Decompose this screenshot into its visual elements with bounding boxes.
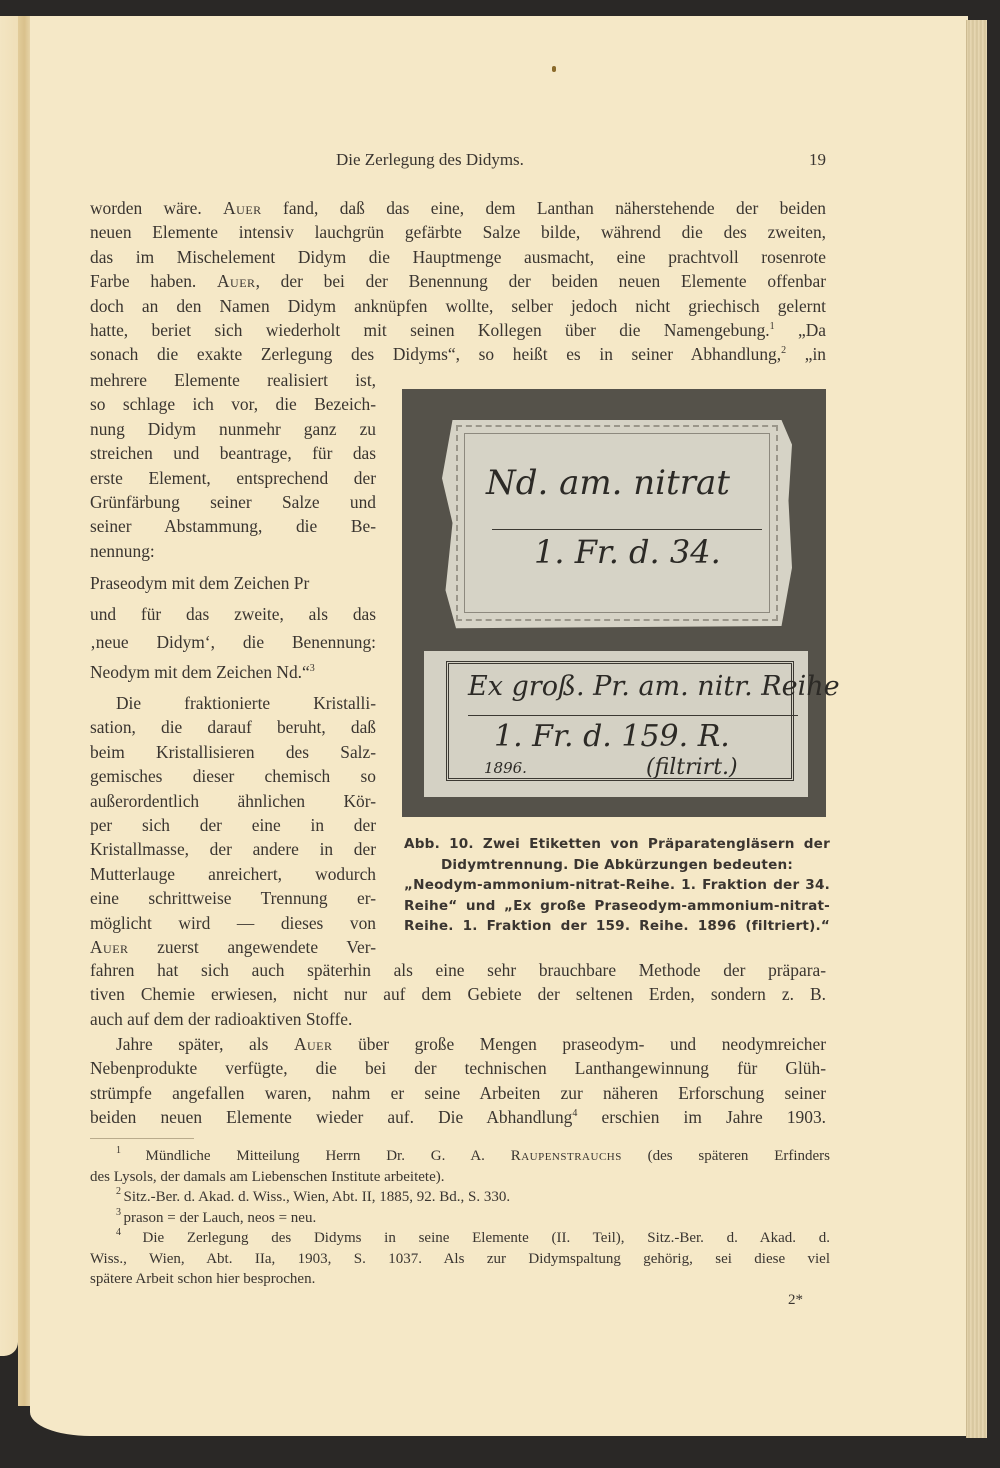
handwritten-text: Nd. am. nitrat xyxy=(486,463,730,503)
body-line: beiden neuen Elemente wieder auf. Die Ab… xyxy=(90,1105,826,1129)
body-line: außerordentlich ähnlichen Kör- xyxy=(90,789,376,813)
body-line: tiven Chemie erwiesen, nicht nur auf dem… xyxy=(90,982,826,1006)
body-line: erste Element, entsprechend der xyxy=(90,466,376,490)
body-line: Die fraktionierte Kristalli- xyxy=(90,691,376,715)
body-line: streichen und beantrage, für das xyxy=(90,441,376,465)
quote-line: ‚neue Didym‘, die Benennung: xyxy=(90,630,376,654)
caption-line: Reihe“ und „Ex große Praseodym-ammonium-… xyxy=(404,896,830,917)
body-line: eine schrittweise Trennung er- xyxy=(90,886,376,910)
body-line: Farbe haben. Auer, der bei der Benennung… xyxy=(90,269,826,293)
caption-line: Abb. 10. Zwei Etiketten von Präparatengl… xyxy=(404,834,830,855)
figure-caption: Abb. 10. Zwei Etiketten von Präparatengl… xyxy=(404,834,830,937)
body-line: strümpfe angefallen waren, nahm er seine… xyxy=(90,1081,826,1105)
body-line: Kristallmasse, der andere in der xyxy=(90,837,376,861)
body-line: auch auf dem der radioaktiven Stoffe. xyxy=(90,1007,826,1031)
page-stack-edge xyxy=(966,20,987,1438)
body-line: gemisches dieser chemisch so xyxy=(90,764,376,788)
specimen-label-praseodym: Ex groß. Pr. am. nitr. Reihe 1. Fr. d. 1… xyxy=(424,651,808,797)
body-line: Grünfärbung seiner Salze und xyxy=(90,490,376,514)
name-praseodym: Praseodym mit dem Zeichen Pr xyxy=(90,571,376,595)
page-number: 19 xyxy=(809,150,826,170)
body-line: seiner Abstammung, die Be- xyxy=(90,514,376,538)
body-line: sation, die darauf beruht, daß xyxy=(90,715,376,739)
footnote-line: des Lysols, der damals am Liebenschen In… xyxy=(90,1167,830,1188)
footnote-line: Wiss., Wien, Abt. IIa, 1903, S. 1037. Al… xyxy=(90,1249,830,1270)
body-paragraph-2: Jahre später, als Auer über große Mengen… xyxy=(90,1032,826,1130)
footnote-number: 2 xyxy=(116,1186,124,1197)
handwritten-text: 1. Fr. d. 159. R. xyxy=(494,719,730,754)
body-line: so schlage ich vor, die Bezeich- xyxy=(90,392,376,416)
body-line: Jahre später, als Auer über große Mengen… xyxy=(90,1032,826,1056)
running-head-title: Die Zerlegung des Didyms. xyxy=(336,150,524,170)
body-line: Auer zuerst angewendete Ver- xyxy=(90,935,376,959)
caption-line: „Neodym-ammonium-nitrat-Reihe. 1. Frakti… xyxy=(404,875,830,896)
footnote-line: 3 prason = der Lauch, neos = neu. xyxy=(90,1208,830,1229)
caption-line: Didymtrennung. Die Abkürzungen bedeuten: xyxy=(404,855,830,876)
ink-speck xyxy=(552,66,556,72)
figure-photo-labels: Nd. am. nitrat 1. Fr. d. 34. Ex groß. Pr… xyxy=(402,389,826,817)
handwritten-year: 1896. xyxy=(484,759,527,777)
quote-line: und für das zweite, als das xyxy=(90,602,376,626)
specimen-label-neodym: Nd. am. nitrat 1. Fr. d. 34. xyxy=(442,411,792,635)
body-line: hatte, beriet sich wiederholt mit seinen… xyxy=(90,318,826,342)
footnote-line: 1 Mündliche Mitteilung Herrn Dr. G. A. R… xyxy=(90,1146,830,1167)
body-line: das im Mischelement Didym die Hauptmenge… xyxy=(90,245,826,269)
handwritten-text: 1. Fr. d. 34. xyxy=(534,533,721,571)
body-line: fahren hat sich auch späterhin als eine … xyxy=(90,958,826,982)
body-line: nung Didym nunmehr ganz zu xyxy=(90,417,376,441)
body-line: per sich der eine in der xyxy=(90,813,376,837)
footnote-2: 2 Sitz.-Ber. d. Akad. d. Wiss., Wien, Ab… xyxy=(90,1187,830,1208)
footnote-3: 3 prason = der Lauch, neos = neu. xyxy=(90,1208,830,1229)
footnotes: 1 Mündliche Mitteilung Herrn Dr. G. A. R… xyxy=(90,1146,830,1290)
caption-line: Reihe. 1. Fraktion der 159. Reihe. 1896 … xyxy=(404,916,830,937)
body-line: nennung: xyxy=(90,539,376,563)
footnote-number: 4 xyxy=(116,1227,142,1238)
facing-page-edge xyxy=(0,16,18,1356)
body-text-bottom: fahren hat sich auch späterhin als eine … xyxy=(90,958,826,1031)
footnote-line: 2 Sitz.-Ber. d. Akad. d. Wiss., Wien, Ab… xyxy=(90,1187,830,1208)
body-line: worden wäre. Auer fand, daß das eine, de… xyxy=(90,196,826,220)
name-neodym: Neodym mit dem Zeichen Nd.“3 xyxy=(90,660,376,684)
footnote-1: 1 Mündliche Mitteilung Herrn Dr. G. A. R… xyxy=(90,1146,830,1187)
footnote-line: spätere Arbeit schon hier besprochen. xyxy=(90,1269,830,1290)
body-line: mehrere Elemente realisiert ist, xyxy=(90,368,376,392)
body-line: sonach die exakte Zerlegung des Didyms“,… xyxy=(90,342,826,366)
body-line: doch an den Namen Didym anknüpfen wollte… xyxy=(90,294,826,318)
handwritten-note: (filtrirt.) xyxy=(646,755,738,780)
body-line: neuen Elemente intensiv lauchgrün gefärb… xyxy=(90,220,826,244)
footnote-rule xyxy=(90,1138,194,1139)
body-text-narrow-column: mehrere Elemente realisiert ist,so schla… xyxy=(90,368,376,959)
handwritten-text: Ex groß. Pr. am. nitr. Reihe xyxy=(468,671,840,702)
body-line: beim Kristallisieren des Salz- xyxy=(90,740,376,764)
footnote-number: 1 xyxy=(116,1145,146,1156)
running-head: Die Zerlegung des Didyms. 19 xyxy=(90,150,826,174)
footnote-4: 4 Die Zerlegung des Didyms in seine Elem… xyxy=(90,1228,830,1290)
body-line: Mutterlauge anreichert, wodurch xyxy=(90,862,376,886)
body-line: möglicht wird — dieses von xyxy=(90,911,376,935)
footnote-number: 3 xyxy=(116,1207,124,1218)
body-text-top: worden wäre. Auer fand, daß das eine, de… xyxy=(90,196,826,367)
body-line: Nebenprodukte verfügte, die bei der tech… xyxy=(90,1056,826,1080)
footnote-line: 4 Die Zerlegung des Didyms in seine Elem… xyxy=(90,1228,830,1249)
signature-mark: 2* xyxy=(788,1292,803,1309)
